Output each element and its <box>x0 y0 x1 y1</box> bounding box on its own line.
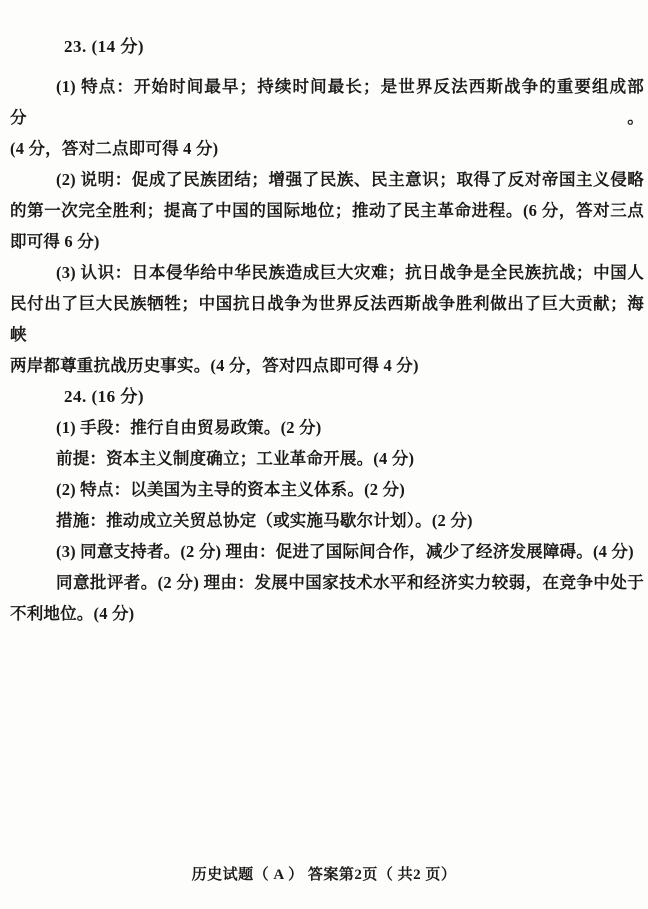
answer-line: (1) 特点：开始时间最早；持续时间最长；是世界反法西斯战争的重要组成部分。 <box>10 71 644 133</box>
page-footer: 历史试题（ A ） 答案第2页（ 共2 页） <box>0 864 648 886</box>
answer-line: 不利地位。(4 分) <box>10 598 644 629</box>
q24-answer-2: 前提：资本主义制度确立；工业革命开展。(4 分) <box>10 443 644 474</box>
answer-line: (3) 同意支持者。(2 分) 理由：促进了国际间合作，减少了经济发展障碍。(4… <box>10 536 644 567</box>
answer-line: 的第一次完全胜利；提高了中国的国际地位；推动了民主革命进程。(6 分，答对三点 <box>10 195 644 226</box>
q24-answer-5: (3) 同意支持者。(2 分) 理由：促进了国际间合作，减少了经济发展障碍。(4… <box>10 536 644 567</box>
q24-answer-1: (1) 手段：推行自由贸易政策。(2 分) <box>10 412 644 443</box>
answers-content: 23. (14 分) (1) 特点：开始时间最早；持续时间最长；是世界反法西斯战… <box>10 31 644 629</box>
answer-line: 前提：资本主义制度确立；工业革命开展。(4 分) <box>10 443 644 474</box>
answer-line: (2) 特点：以美国为主导的资本主义体系。(2 分) <box>10 474 644 505</box>
q24-answer-6: 同意批评者。(2 分) 理由：发展中国家技术水平和经济实力较弱，在竞争中处于 不… <box>10 567 644 629</box>
q23-answer-2: (2) 说明：促成了民族团结；增强了民族、民主意识；取得了反对帝国主义侵略 的第… <box>10 164 644 257</box>
question-23-heading: 23. (14 分) <box>10 31 644 62</box>
answer-line: 即可得 6 分) <box>10 226 644 257</box>
scanned-answer-sheet-page: 23. (14 分) (1) 特点：开始时间最早；持续时间最长；是世界反法西斯战… <box>0 0 648 909</box>
answer-line: (1) 手段：推行自由贸易政策。(2 分) <box>10 412 644 443</box>
q24-answer-3: (2) 特点：以美国为主导的资本主义体系。(2 分) <box>10 474 644 505</box>
answer-line: 同意批评者。(2 分) 理由：发展中国家技术水平和经济实力较弱，在竞争中处于 <box>10 567 644 598</box>
q23-answer-1: (1) 特点：开始时间最早；持续时间最长；是世界反法西斯战争的重要组成部分。 (… <box>10 71 644 164</box>
answer-line: (2) 说明：促成了民族团结；增强了民族、民主意识；取得了反对帝国主义侵略 <box>10 164 644 195</box>
answer-line: 两岸都尊重抗战历史事实。(4 分，答对四点即可得 4 分) <box>10 350 644 381</box>
q24-answer-4: 措施：推动成立关贸总协定（或实施马歇尔计划）。(2 分) <box>10 505 644 536</box>
answer-line: 措施：推动成立关贸总协定（或实施马歇尔计划）。(2 分) <box>10 505 644 536</box>
answer-line: (3) 认识：日本侵华给中华民族造成巨大灾难；抗日战争是全民族抗战；中国人 <box>10 257 644 288</box>
answer-line: 民付出了巨大民族牺牲；中国抗日战争为世界反法西斯战争胜利做出了巨大贡献；海峡 <box>10 288 644 350</box>
question-24-heading: 24. (16 分) <box>10 381 644 412</box>
answer-line: (4 分，答对二点即可得 4 分) <box>10 133 644 164</box>
q23-answer-3: (3) 认识：日本侵华给中华民族造成巨大灾难；抗日战争是全民族抗战；中国人 民付… <box>10 257 644 381</box>
